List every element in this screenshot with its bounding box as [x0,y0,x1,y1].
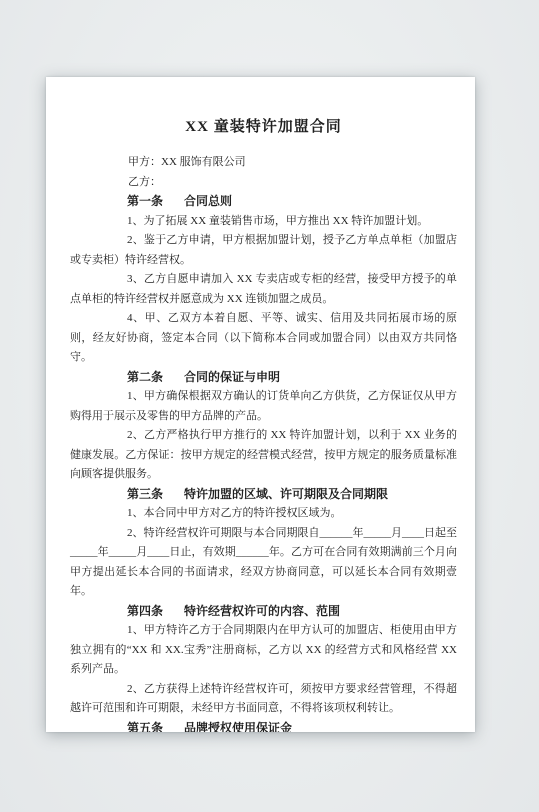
section-number: 第二条 [127,370,163,384]
contract-paragraph: 2、鉴于乙方申请，甲方根据加盟计划，授予乙方单点单柜（加盟店或专卖柜）特许经营权… [70,231,457,270]
section-number: 第一条 [127,194,163,208]
document-page: XX 童装特许加盟合同 甲方：XX 服饰有限公司 乙方： 第一条合同总则1、为了… [46,77,475,732]
section-heading: 第二条合同的保证与申明 [70,368,457,388]
contract-paragraph: 3、乙方自愿申请加入 XX 专卖店或专柜的经营，接受甲方授予的单点单柜的特许经营… [70,270,457,309]
party-a-line: 甲方：XX 服饰有限公司 [70,153,457,173]
contract-paragraph: 1、本合同中甲方对乙方的特许授权区域为。 [70,504,457,524]
contract-paragraph: 2、乙方获得上述特许经营权许可，须按甲方要求经营管理，不得超越许可范围和许可期限… [70,680,457,719]
contract-paragraph: 1、甲方确保根据双方确认的订货单向乙方供货，乙方保证仅从甲方购得用于展示及零售的… [70,387,457,426]
document-title: XX 童装特许加盟合同 [70,115,457,139]
section-title: 特许经营权许可的内容、范围 [184,604,340,618]
section-title: 品牌授权使用保证金 [184,721,292,733]
section-heading: 第一条合同总则 [70,192,457,212]
section-heading: 第五条品牌授权使用保证金 [70,719,457,733]
party-b-line: 乙方： [70,173,457,193]
section-heading: 第三条特许加盟的区域、许可期限及合同期限 [70,485,457,505]
contract-paragraph: 4、甲、乙双方本着自愿、平等、诚实、信用及共同拓展市场的原则，经友好协商，签定本… [70,309,457,368]
section-heading: 第四条特许经营权许可的内容、范围 [70,602,457,622]
contract-paragraph: 2、乙方严格执行甲方推行的 XX 特许加盟计划，以利于 XX 业务的健康发展。乙… [70,426,457,485]
section-number: 第四条 [127,604,163,618]
section-number: 第五条 [127,721,163,733]
canvas-background: XX 童装特许加盟合同 甲方：XX 服饰有限公司 乙方： 第一条合同总则1、为了… [0,0,539,812]
section-number: 第三条 [127,487,163,501]
contract-paragraph: 1、甲方特许乙方于合同期限内在甲方认可的加盟店、柜使用由甲方独立拥有的“XX 和… [70,621,457,680]
contract-paragraph: 2、特许经营权许可期限与本合同期限自______年_____月____日起至__… [70,524,457,602]
section-title: 合同的保证与申明 [184,370,280,384]
contract-sections: 第一条合同总则1、为了拓展 XX 童装销售市场，甲方推出 XX 特许加盟计划。2… [70,192,457,732]
section-title: 特许加盟的区域、许可期限及合同期限 [184,487,388,501]
contract-paragraph: 1、为了拓展 XX 童装销售市场，甲方推出 XX 特许加盟计划。 [70,212,457,232]
section-title: 合同总则 [184,194,232,208]
